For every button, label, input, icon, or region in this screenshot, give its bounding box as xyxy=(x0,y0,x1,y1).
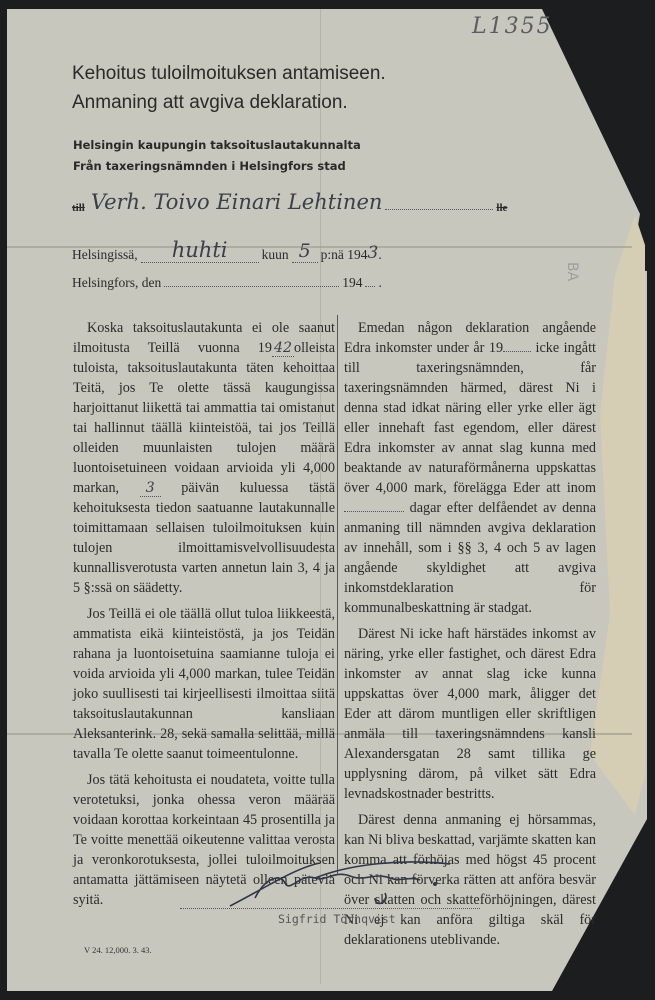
year-blank xyxy=(503,351,531,352)
finnish-text-column: Koska taksoituslautakunta ei ole saanut … xyxy=(73,318,335,916)
paragraph: Emedan någon deklaration angående Edra i… xyxy=(344,318,596,618)
period: . xyxy=(378,247,381,263)
struck-prefix: till xyxy=(72,202,85,214)
year-digit-handwritten: 3 xyxy=(368,243,379,263)
month-handwritten: huhti xyxy=(172,238,228,262)
paragraph: Koska taksoituslautakunta ei ole saanut … xyxy=(73,318,335,598)
day-handwritten: 5 xyxy=(299,240,311,262)
place-finnish: Helsingissä, xyxy=(72,247,138,263)
struck-suffix: lle xyxy=(496,202,507,214)
days-handwritten: 3 xyxy=(140,480,161,497)
issuer-finnish: Helsingin kaupungin taksoituslautakunnal… xyxy=(73,138,361,152)
addressee-line: till Verh. Toivo Einari Lehtinen lle xyxy=(72,190,572,214)
handwritten-signature xyxy=(225,858,455,908)
kuun-label: kuun xyxy=(262,247,289,263)
paragraph: Därest Ni icke haft härstädes inkomst av… xyxy=(344,624,596,804)
days-blank xyxy=(344,511,404,512)
day-field: 5 xyxy=(292,240,318,263)
issuer-swedish: Från taxeringsnämnden i Helsingfors stad xyxy=(73,159,346,173)
date-line-swedish: Helsingfors, den 194 . xyxy=(72,275,382,291)
year-field xyxy=(365,285,375,287)
period: . xyxy=(378,275,381,291)
stamp-fragment: BA xyxy=(564,262,580,281)
signatory-name: Sigfrid Törnqvist xyxy=(278,912,396,926)
pna-label: p:nä 194 xyxy=(321,247,368,263)
date-line-finnish: Helsingissä, huhti kuun 5 p:nä 194 3 . xyxy=(72,238,382,263)
reference-number: L1355 xyxy=(472,14,553,39)
month-field: huhti xyxy=(141,238,259,263)
year-handwritten: 42 xyxy=(272,340,294,357)
date-field xyxy=(164,285,339,287)
year-label: 194 xyxy=(342,275,362,291)
signature-line xyxy=(180,908,480,909)
column-divider xyxy=(337,315,338,875)
addressee-name: Verh. Toivo Einari Lehtinen xyxy=(91,190,383,214)
place-swedish: Helsingfors, den xyxy=(72,275,161,291)
title-swedish: Anmaning att avgiva deklaration. xyxy=(72,92,348,114)
paragraph: Jos Teillä ei ole täällä ollut tuloa lii… xyxy=(73,604,335,764)
dotted-line xyxy=(385,208,493,210)
title-finnish: Kehoitus tuloilmoituksen antamiseen. xyxy=(72,63,386,85)
print-code: V 24. 12,000. 3. 43. xyxy=(84,945,152,955)
